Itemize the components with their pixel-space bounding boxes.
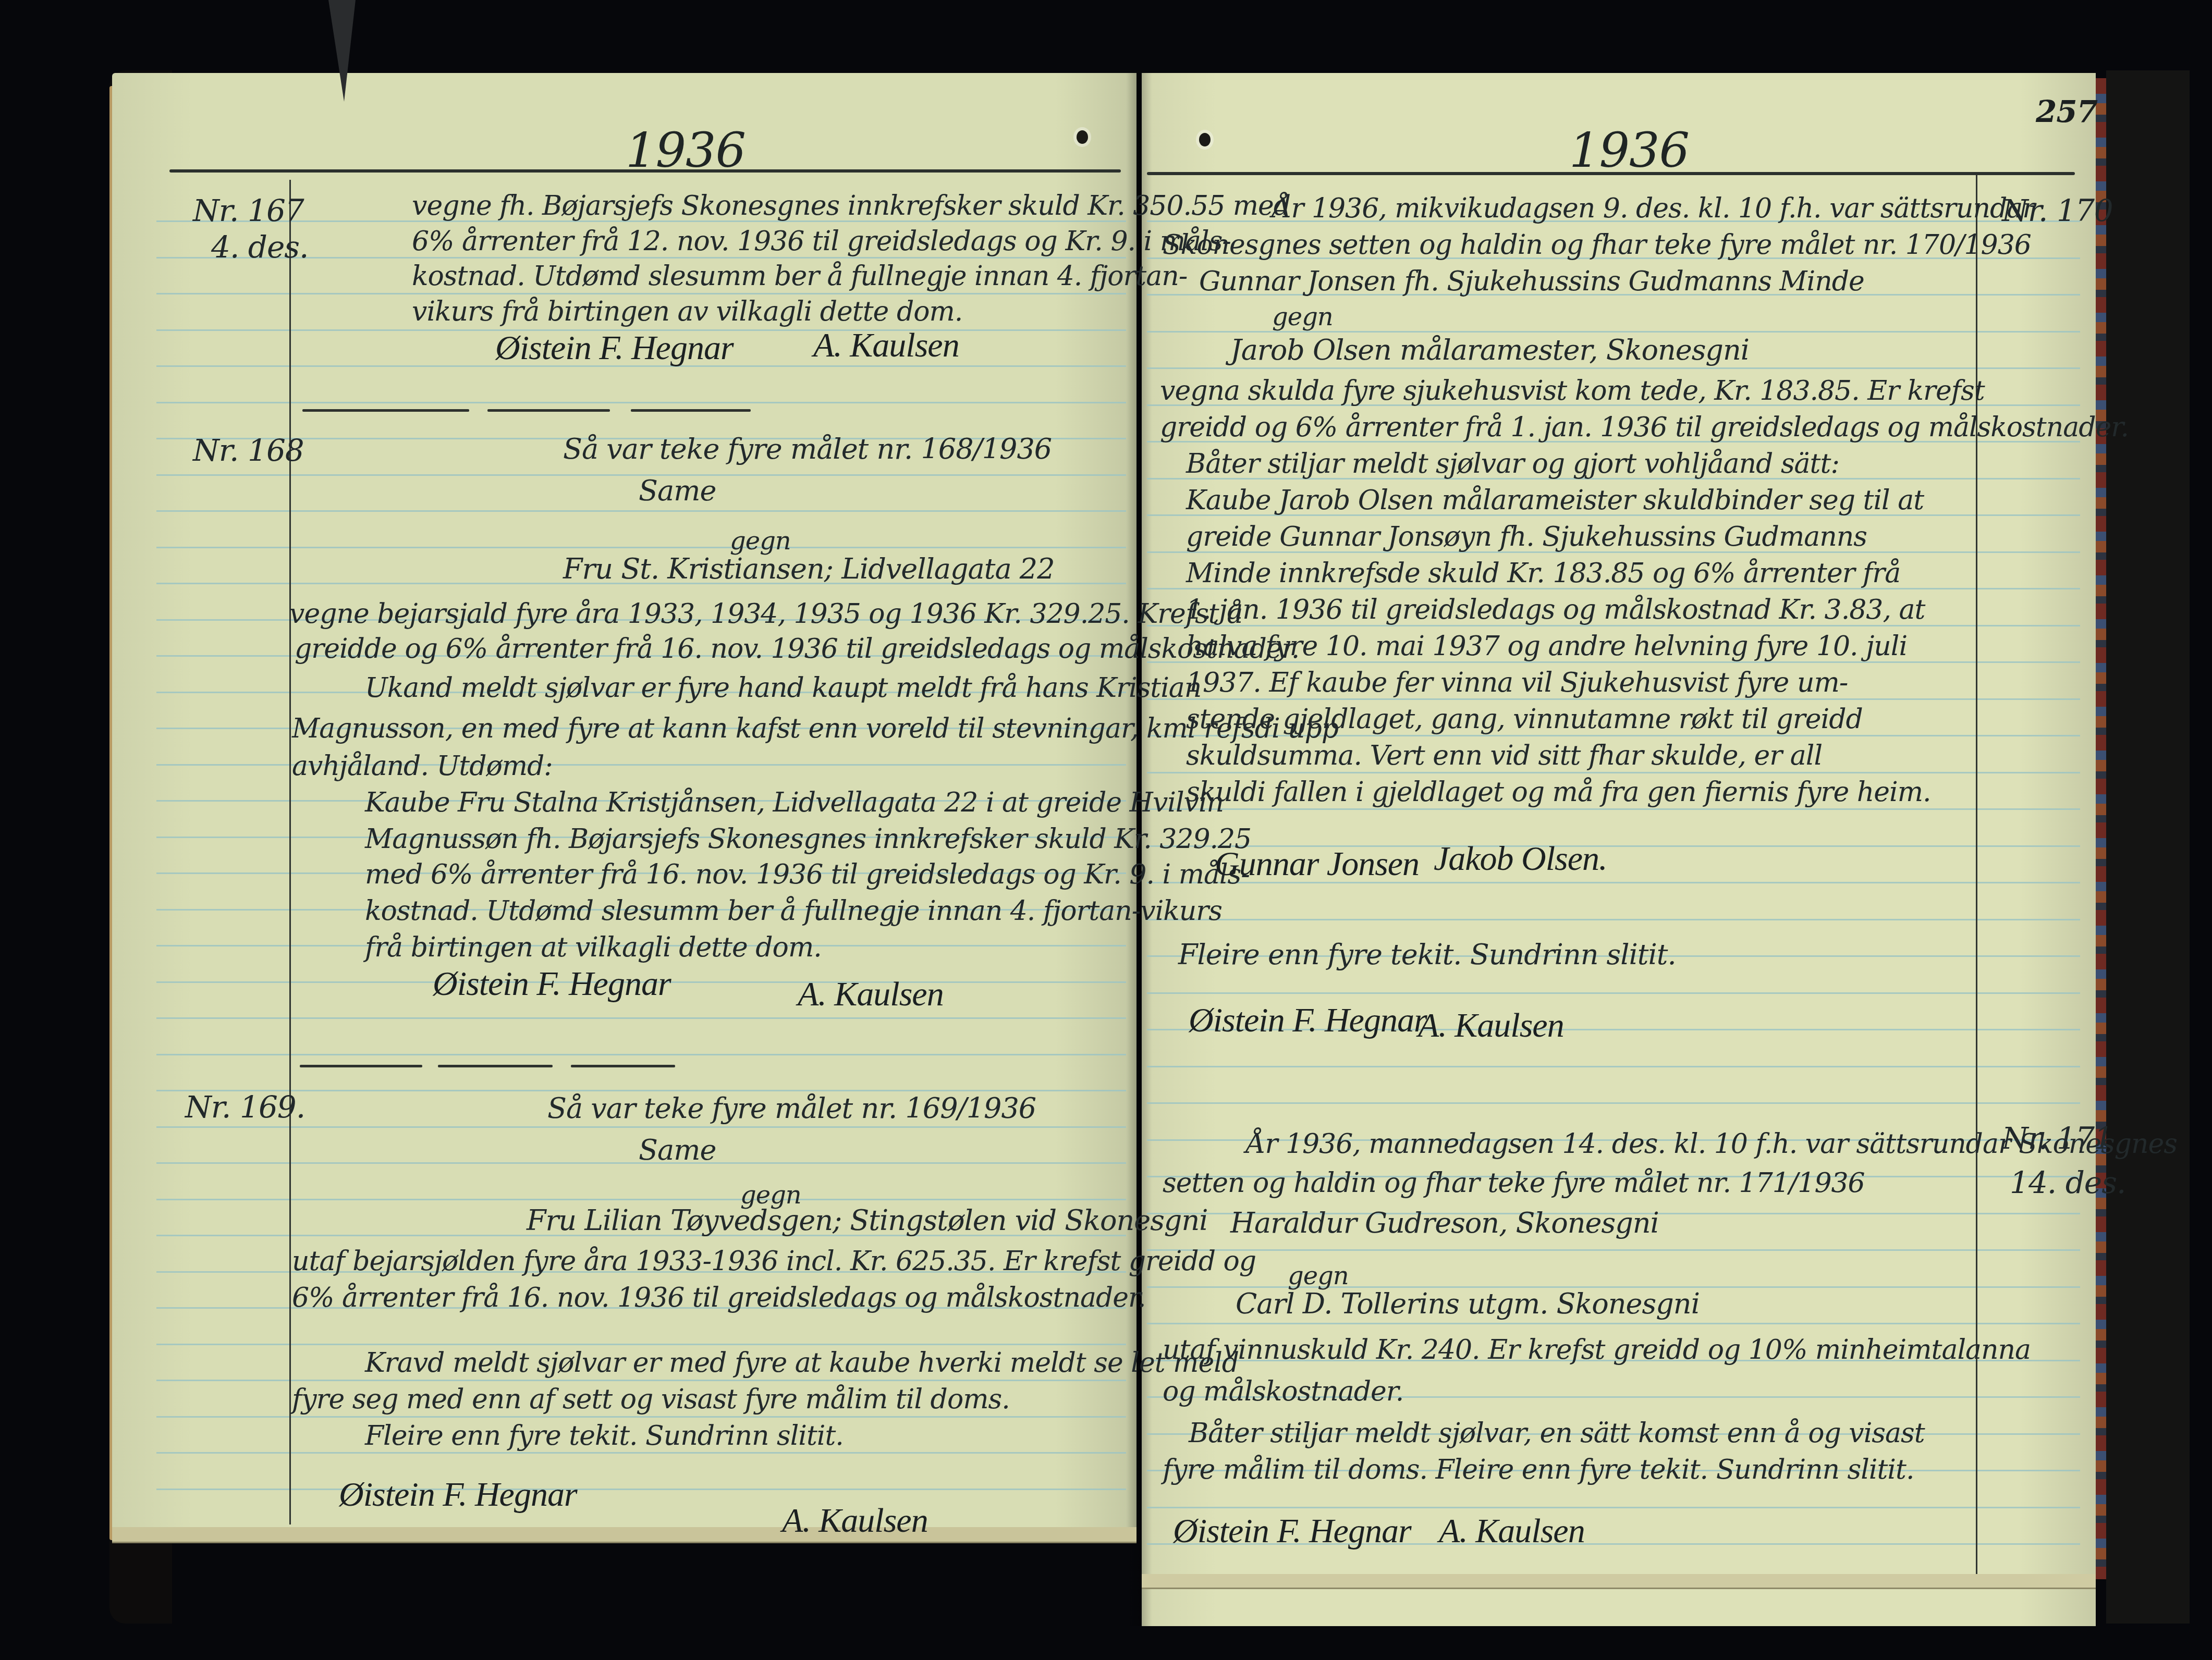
entry-line: avhjåland. Utdømd: — [292, 751, 553, 782]
ruled-line — [156, 1017, 1126, 1019]
ruled-line — [1147, 1249, 2080, 1251]
page-number: 257 — [2036, 94, 2097, 129]
entry-line: greidd og 6% årrenter frå 1. jan. 1936 t… — [1160, 412, 2129, 443]
margin-case-number: Nr. 169. — [185, 1089, 305, 1125]
entry-line: 6% årrenter frå 16. nov. 1936 til greids… — [292, 1282, 1146, 1313]
ruled-line — [156, 293, 1126, 294]
knife-pointer-icon — [328, 0, 356, 102]
clerk-signature: A. Kaulsen — [1418, 1006, 1564, 1046]
entry-line: vikurs frå birtingen av vilkagli dette d… — [412, 296, 962, 327]
punch-hole — [1199, 133, 1211, 146]
case-heading: Så var teke fyre målet nr. 169/1936 — [547, 1092, 1036, 1125]
entry-line: År 1936, mannedagsen 14. des. kl. 10 f.h… — [1246, 1128, 2177, 1160]
party-signature: Jakob Olsen. — [1434, 839, 1607, 879]
clerk-signature: A. Kaulsen — [798, 975, 944, 1014]
entry-separator — [302, 409, 469, 412]
entry-line: og målskostnader. — [1163, 1376, 1403, 1407]
entry-line: Båter stiljar meldt sjølvar og gjort voh… — [1186, 448, 1839, 479]
defendant-name: Fru St. Kristiansen; Lidvellagata 22 — [563, 552, 1055, 585]
entry-line: greide Gunnar Jonsøyn fh. Sjukehussins G… — [1186, 521, 1867, 552]
entry-line: Magnussøn fh. Bøjarsjefs Skonesgnes innk… — [365, 823, 1251, 855]
judge-signature: Øistein F. Hegnar — [339, 1475, 577, 1515]
against-label: gegn — [730, 526, 791, 556]
ruled-line — [1147, 992, 2080, 994]
entry-line: Magnusson, en med fyre at kann kafst enn… — [292, 713, 1338, 744]
entry-line: skuldi fallen i gjeldlaget og må fra gen… — [1186, 777, 1930, 808]
ruled-line — [1147, 367, 2080, 369]
left-margin-rule — [289, 180, 291, 1524]
left-page-bottom-edge — [112, 1527, 1136, 1543]
entry-line: Fleire enn fyre tekit. Sundrinn slitit. — [365, 1420, 844, 1452]
ruled-line — [156, 1054, 1126, 1055]
judge-signature: Øistein F. Hegnar — [433, 964, 671, 1004]
entry-separator — [300, 1065, 422, 1067]
clerk-signature: A. Kaulsen — [813, 326, 959, 365]
entry-separator — [438, 1065, 553, 1067]
entry-line: fyre målim til doms. Fleire enn fyre tek… — [1163, 1454, 1914, 1485]
entry-line: skuldsumma. Vert enn vid sitt fhar skuld… — [1186, 740, 1822, 771]
ruled-line — [156, 1344, 1126, 1345]
entry-line: setten og haldin og fhar teke fyre målet… — [1163, 1167, 1865, 1199]
margin-case-number: Nr. 167 — [193, 193, 304, 228]
ruled-line — [156, 1380, 1126, 1381]
entry-line: frå birtingen at vilkagli dette dom. — [365, 932, 822, 963]
punch-hole — [1077, 130, 1088, 144]
defendant-name: Jarob Olsen målaramester, Skonesgni — [1230, 334, 1749, 366]
margin-case-date: 14. des. — [2010, 1165, 2125, 1200]
party-signature: Gunnar Jonsen — [1215, 844, 1419, 884]
entry-line: vegne bejarsjald fyre åra 1933, 1934, 19… — [289, 598, 1242, 630]
ruled-line — [1147, 808, 2080, 810]
ruled-line — [1147, 1066, 2080, 1067]
entry-line: Ukand meldt sjølvar er fyre hand kaupt m… — [365, 672, 1201, 704]
right-page-year: 1936 — [1569, 122, 1689, 178]
ruled-line — [156, 510, 1126, 512]
entry-line: fyre seg med enn af sett og visast fyre … — [292, 1384, 1010, 1415]
entry-separator — [631, 409, 751, 412]
case-heading: Så var teke fyre målet nr. 168/1936 — [563, 433, 1052, 465]
ruled-line — [1147, 1102, 2080, 1104]
left-page-year: 1936 — [626, 122, 746, 178]
entry-line: 6% årrenter frå 12. nov. 1936 til greids… — [412, 226, 1231, 257]
ruled-line — [156, 1489, 1126, 1490]
against-label: gegn — [1272, 302, 1333, 331]
entry-line: Kaube Jarob Olsen målarameister skuldbin… — [1186, 485, 1924, 516]
margin-case-number: Nr. 168 — [193, 433, 304, 468]
ruled-line — [1147, 919, 2080, 920]
book-cover-right — [2106, 70, 2190, 1624]
ruled-line — [156, 1199, 1126, 1200]
plaintiff-name: Same — [639, 474, 716, 507]
entry-line: vegne fh. Bøjarsjefs Skonesgnes innkrefs… — [412, 190, 1290, 222]
entry-line: stende gjeldlaget, gang, vinnutamne røkt… — [1186, 704, 1863, 735]
entry-line: 1937. Ef kaube fer vinna vil Sjukehusvis… — [1186, 667, 1848, 698]
defendant-name: Carl D. Tollerins utgm. Skonesgni — [1236, 1287, 1700, 1320]
ruled-line — [156, 1126, 1126, 1128]
right-page-bottom-edge — [1142, 1574, 2096, 1589]
ruled-line — [1147, 1507, 2080, 1508]
ruled-line — [1147, 772, 2080, 773]
entry-line: Kravd meldt sjølvar er med fyre at kaube… — [365, 1347, 1239, 1379]
entry-line: utaf bejarsjølden fyre åra 1933-1936 inc… — [292, 1246, 1256, 1277]
ruled-line — [1147, 1323, 2080, 1324]
against-label: gegn — [1288, 1261, 1349, 1290]
plaintiff-name: Same — [639, 1134, 716, 1166]
defendant-name: Fru Lilian Tøyvedsgen; Stingstølen vid S… — [527, 1204, 1207, 1237]
clerk-signature: A. Kaulsen — [1439, 1511, 1585, 1551]
entry-line: kostnad. Utdømd slesumm ber å fullnegje … — [365, 895, 1222, 927]
plaintiff-name: Haraldur Gudreson, Skonesgni — [1230, 1207, 1659, 1239]
closing-text: Fleire enn fyre tekit. Sundrinn slitit. — [1178, 938, 1676, 971]
clerk-signature: A. Kaulsen — [782, 1501, 928, 1541]
entry-line: vegna skulda fyre sjukehusvist kom tede,… — [1160, 375, 1985, 407]
entry-line: kostnad. Utdømd slesumm ber å fullnegje … — [412, 261, 1187, 292]
entry-line: Minde innkrefsde skuld Kr. 183.85 og 6% … — [1186, 558, 1900, 589]
margin-case-date: 4. des. — [211, 229, 308, 265]
entry-separator — [487, 409, 610, 412]
entry-line: halva fyre 10. mai 1937 og andre helvnin… — [1186, 631, 1907, 662]
entry-line: Skonesgnes setten og haldin og fhar teke… — [1163, 229, 2031, 261]
entry-separator — [571, 1065, 675, 1067]
ruled-line — [156, 1416, 1126, 1418]
ruled-line — [156, 547, 1126, 548]
entry-line: Gunnar Jonsen fh. Sjukehussins Gudmanns … — [1199, 266, 1864, 297]
entry-line: Kaube Fru Stalna Kristjånsen, Lidvellaga… — [365, 787, 1224, 818]
entry-line: 1. jan. 1936 til greidsledags og målskos… — [1186, 594, 1925, 625]
entry-line: greidde og 6% årrenter frå 16. nov. 1936… — [295, 633, 1299, 665]
entry-line: med 6% årrenter frå 16. nov. 1936 til gr… — [365, 859, 1250, 890]
ruled-line — [156, 402, 1126, 403]
judge-signature: Øistein F. Hegnar — [1173, 1511, 1411, 1551]
judge-signature: Øistein F. Hegnar — [1189, 1001, 1427, 1040]
entry-line: År 1936, mikvikudagsen 9. des. kl. 10 f.… — [1272, 193, 2035, 224]
judge-signature: Øistein F. Hegnar — [495, 328, 734, 368]
entry-line: utaf vinnuskuld Kr. 240. Er krefst greid… — [1163, 1334, 2031, 1366]
ruled-line — [156, 1452, 1126, 1454]
entry-line: Båter stiljar meldt sjølvar, en sätt kom… — [1189, 1418, 1925, 1449]
